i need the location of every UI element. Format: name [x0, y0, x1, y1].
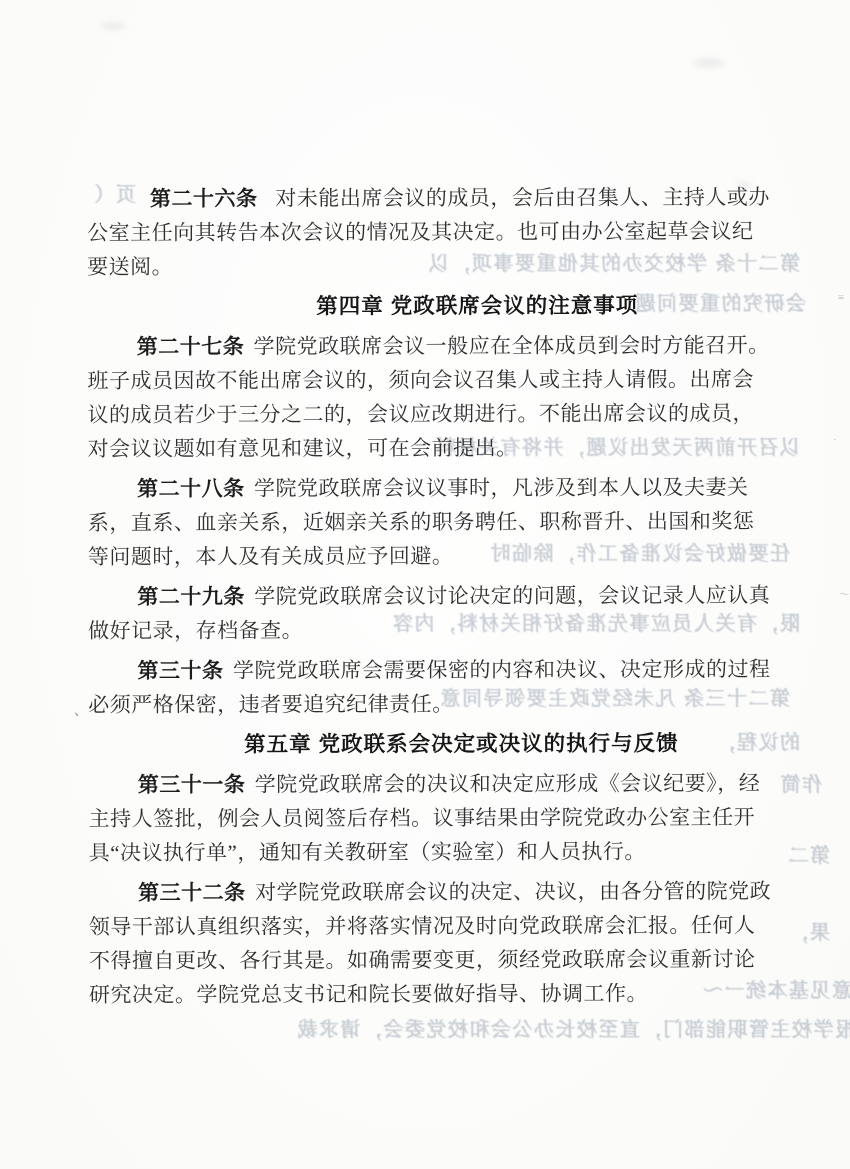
article-30-number: 第三十条 [138, 660, 224, 683]
article-30-line-1: 第三十条学院党政联席会需要保密的内容和决议、决定形成的过程 [88, 652, 784, 688]
scan-smudge [694, 58, 724, 68]
scan-speck: 、 [74, 700, 88, 720]
edge-artifact: · [833, 434, 837, 446]
edge-artifact: ≡ [838, 292, 844, 304]
article-26-line-3: 要送阅。 [87, 248, 783, 284]
article-28-line-1: 第二十八条学院党政联席会议议事时，凡涉及到本人以及夫妻关 [88, 470, 784, 506]
article-32-number: 第三十二条 [138, 881, 246, 904]
article-31-number: 第三十一条 [138, 773, 246, 796]
article-29-text: 学院党政联席会议讨论决定的问题，会议记录人应认真 [254, 583, 770, 608]
article-31-line-2: 主持人签批，例会人员阅签后存档。议事结果由学院党政办公室主任开 [89, 800, 785, 836]
article-31-line-3: 具“决议执行单”，通知有关教研室（实验室）和人员执行。 [89, 834, 785, 870]
article-26-number: 第二十六条 [150, 187, 258, 210]
article-31: 第三十一条学院党政联席会的决议和决定应形成《会议纪要》，经 主持人签批，例会人员… [88, 766, 784, 870]
article-32-line-1: 第三十二条对学院党政联席会议的决定、决议，由各分管的院党政 [89, 874, 785, 910]
article-26: 第二十六条对未能出席会议的成员，会后由召集人、主持人或办 公室主任向其转告本次会… [87, 180, 783, 284]
article-29-number: 第二十九条 [137, 586, 245, 609]
article-32-line-3: 不得擅自更改、各行其是。如确需要变更，须经党政联席会议重新讨论 [89, 942, 785, 978]
article-26-line-2: 公室主任向其转告本次会议的情况及其决定。也可由办公室起草会议纪 [87, 214, 783, 250]
article-27-line-4: 对会议议题如有意见和建议，可在会前提出。 [88, 430, 784, 466]
chapter-5-heading: 第五章 党政联系会决定或决议的执行与反馈 [113, 726, 809, 762]
article-28: 第二十八条学院党政联席会议议事时，凡涉及到本人以及夫妻关 系，直系、血亲关系，近… [88, 470, 784, 574]
article-32: 第三十二条对学院党政联席会议的决定、决议，由各分管的院党政 领导干部认真组织落实… [89, 874, 785, 1012]
article-26-text: 对未能出席会议的成员，会后由召集人、主持人或办 [275, 185, 770, 210]
article-29-line-2: 做好记录，存档备查。 [88, 612, 784, 648]
article-32-line-2: 领导干部认真组织落实，并将落实情况及时向党政联席会汇报。任何人 [89, 908, 785, 944]
article-27-line-1: 第二十七条学院党政联席会议一般应在全体成员到会时方能召开。 [87, 328, 783, 364]
article-28-text: 学院党政联席会议议事时，凡涉及到本人以及夫妻关 [254, 475, 749, 500]
article-28-line-2: 系，直系、血亲关系，近姻亲关系的职务聘任、职称晋升、出国和奖惩 [88, 504, 784, 540]
article-31-line-1: 第三十一条学院党政联席会的决议和决定应形成《会议纪要》，经 [88, 766, 784, 802]
article-30-line-2: 必须严格保密，违者要追究纪律责任。 [88, 686, 784, 722]
document-body: 第二十六条对未能出席会议的成员，会后由召集人、主持人或办 公室主任向其转告本次会… [87, 180, 785, 1012]
article-29: 第二十九条学院党政联席会议讨论决定的问题，会议记录人应认真 做好记录，存档备查。 [88, 578, 784, 648]
scan-smudge [100, 22, 126, 30]
article-26-line-1: 第二十六条对未能出席会议的成员，会后由召集人、主持人或办 [87, 180, 783, 216]
article-28-number: 第二十八条 [137, 478, 245, 501]
article-30: 第三十条学院党政联席会需要保密的内容和决议、决定形成的过程 必须严格保密，违者要… [88, 652, 784, 722]
bleedthrough-line: 报学校主管职能部门，直至校长办公会和校党委会，请求裁决。 [298, 1019, 850, 1041]
chapter-4-heading: 第四章 党政联席会议的注意事项 [129, 288, 825, 324]
article-32-text: 对学院党政联席会议的决定、决议，由各分管的院党政 [255, 879, 771, 904]
article-30-text: 学院党政联席会需要保密的内容和决议、决定形成的过程 [233, 657, 771, 682]
article-31-text: 学院党政联席会的决议和决定应形成《会议纪要》，经 [255, 771, 761, 796]
article-28-line-3: 等问题时，本人及有关成员应予回避。 [88, 538, 784, 574]
article-27-text: 学院党政联席会议一般应在全体成员到会时方能召开。 [254, 333, 770, 358]
edge-artifact: 〜 [839, 586, 850, 602]
article-29-line-1: 第二十九条学院党政联席会议讨论决定的问题，会议记录人应认真 [88, 578, 784, 614]
article-27-line-2: 班子成员因故不能出席会议的，须向会议召集人或主持人请假。出席会 [87, 362, 783, 398]
article-32-line-4: 研究决定。学院党总支书记和院长要做好指导、协调工作。 [89, 976, 785, 1012]
scanned-page: 页（ 第二十条 学校交办的其他重要事项，以 会研究的重要问题 以召开前两天发出议… [0, 0, 850, 1169]
article-27-line-3: 议的成员若少于三分之二的，会议应改期进行。不能出席会议的成员， [87, 396, 783, 432]
article-27-number: 第二十七条 [137, 336, 245, 359]
article-27: 第二十七条学院党政联席会议一般应在全体成员到会时方能召开。 班子成员因故不能出席… [87, 328, 783, 466]
